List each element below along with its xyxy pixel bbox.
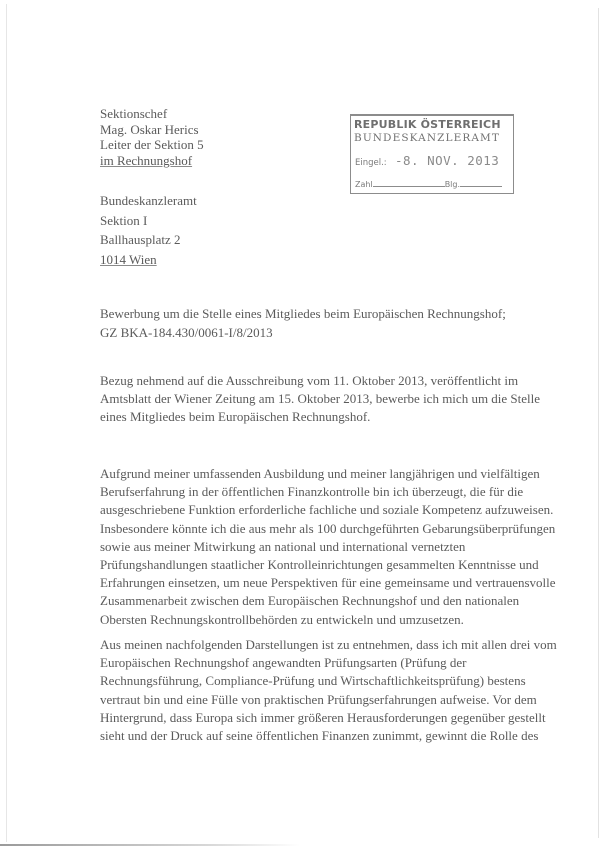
paragraph-qualifications: Aufgrund meiner umfassenden Ausbildung u… (100, 465, 540, 629)
paragraph-introduction: Bezug nehmend auf die Ausschreibung vom … (100, 372, 540, 427)
text-line: Aus meinen nachfolgenden Darstellungen i… (100, 636, 540, 654)
scan-edge-left (6, 4, 7, 842)
sender-position: Leiter der Sektion 5 (100, 137, 204, 153)
recipient-city: 1014 Wien (100, 250, 197, 270)
scan-edge-right (598, 8, 599, 838)
stamp-republic: REPUBLIK ÖSTERREICH (354, 118, 501, 131)
text-line: Prüfungshandlungen staatlicher Kontrolle… (100, 556, 540, 574)
text-line: Zusammenarbeit zwischen dem Europäischen… (100, 592, 540, 610)
recipient-department: Sektion I (100, 211, 197, 231)
sender-organization: im Rechnungshof (100, 153, 204, 169)
stamp-number-label: Zahl (355, 180, 373, 189)
text-line: eines Mitgliedes beim Europäischen Rechn… (100, 408, 540, 426)
text-line: Europäischen Rechnungshof angewandten Pr… (100, 654, 540, 672)
recipient-organization: Bundeskanzleramt (100, 191, 197, 211)
text-line: sieht und der Druck auf seine öffentlich… (100, 727, 540, 745)
text-line: Bezug nehmend auf die Ausschreibung vom … (100, 372, 540, 390)
text-line: Rechnungsführung, Compliance-Prüfung und… (100, 672, 540, 690)
recipient-street: Ballhausplatz 2 (100, 230, 197, 250)
recipient-address: Bundeskanzleramt Sektion I Ballhausplatz… (100, 191, 197, 269)
text-line: sowie aus meiner Mitwirkung an national … (100, 538, 540, 556)
sender-title: Sektionschef (100, 106, 204, 122)
subject-reference: GZ BKA-184.430/0061-I/8/2013 (100, 324, 506, 343)
received-stamp: REPUBLIK ÖSTERREICH BUNDESKANZLERAMT Ein… (350, 114, 514, 194)
text-line: Berufserfahrung in der öffentlichen Fina… (100, 483, 540, 501)
text-line: ausgeschriebene Funktion erforderliche f… (100, 501, 540, 519)
stamp-attachments-label: Blg. (445, 180, 460, 189)
stamp-number-row: ZahlBlg. (355, 180, 502, 189)
text-line: Obersten Rechnungskontrollbehörden zu en… (100, 611, 540, 629)
stamp-attachments-blank (460, 186, 502, 187)
sender-name: Mag. Oskar Herics (100, 122, 204, 138)
text-line: Aufgrund meiner umfassenden Ausbildung u… (100, 465, 540, 483)
stamp-received-date: -8. NOV. 2013 (395, 153, 499, 168)
stamp-authority: BUNDESKANZLERAMT (354, 132, 500, 144)
stamp-received-label: Eingel.: (355, 158, 387, 168)
stamp-number-blank (373, 186, 445, 187)
paragraph-audit-experience: Aus meinen nachfolgenden Darstellungen i… (100, 636, 540, 745)
text-line: Erfahrungen einsetzen, um neue Perspekti… (100, 574, 540, 592)
sender-block: Sektionschef Mag. Oskar Herics Leiter de… (100, 106, 204, 168)
subject-text: Bewerbung um die Stelle eines Mitgliedes… (100, 305, 506, 324)
text-line: Insbesondere könnte ich die aus mehr als… (100, 520, 540, 538)
text-line: vertraut bin und eine Fülle von praktisc… (100, 691, 540, 709)
text-line: Amtsblatt der Wiener Zeitung am 15. Okto… (100, 390, 540, 408)
scanned-letter-page: Sektionschef Mag. Oskar Herics Leiter de… (0, 0, 605, 849)
scan-edge-bottom (0, 844, 300, 846)
subject-line: Bewerbung um die Stelle eines Mitgliedes… (100, 305, 506, 342)
text-line: Hintergrund, dass Europa sich immer größ… (100, 709, 540, 727)
